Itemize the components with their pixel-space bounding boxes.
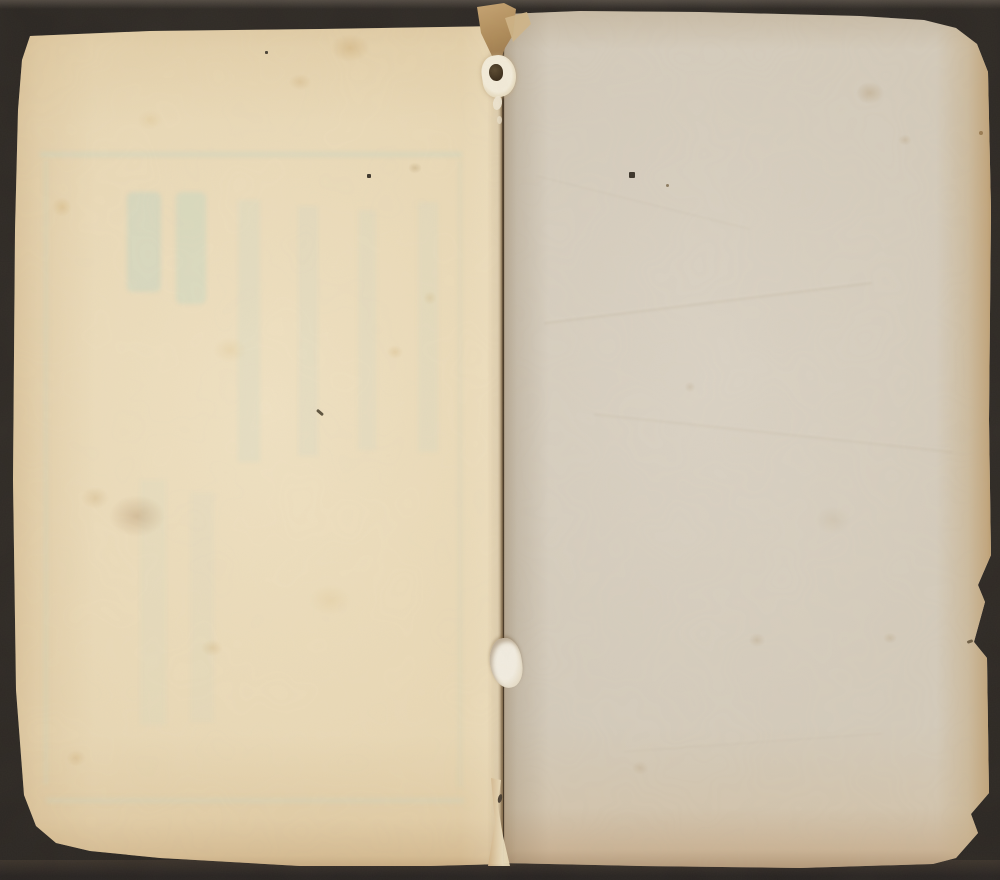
right-page [503, 0, 1000, 880]
left-page-foxing-stains [0, 0, 503, 880]
left-page [0, 0, 503, 880]
ink-speck [666, 184, 669, 187]
ink-speck [629, 172, 635, 178]
worm-hole [489, 64, 503, 81]
gutter-seam-shadow [487, 24, 517, 866]
ink-speck [265, 51, 268, 54]
foxing-dot [979, 131, 983, 135]
right-page-foxing-stains [503, 0, 1000, 880]
ink-speck [367, 174, 371, 178]
book-scan-photo [0, 0, 1000, 880]
paper-chip [497, 116, 502, 124]
